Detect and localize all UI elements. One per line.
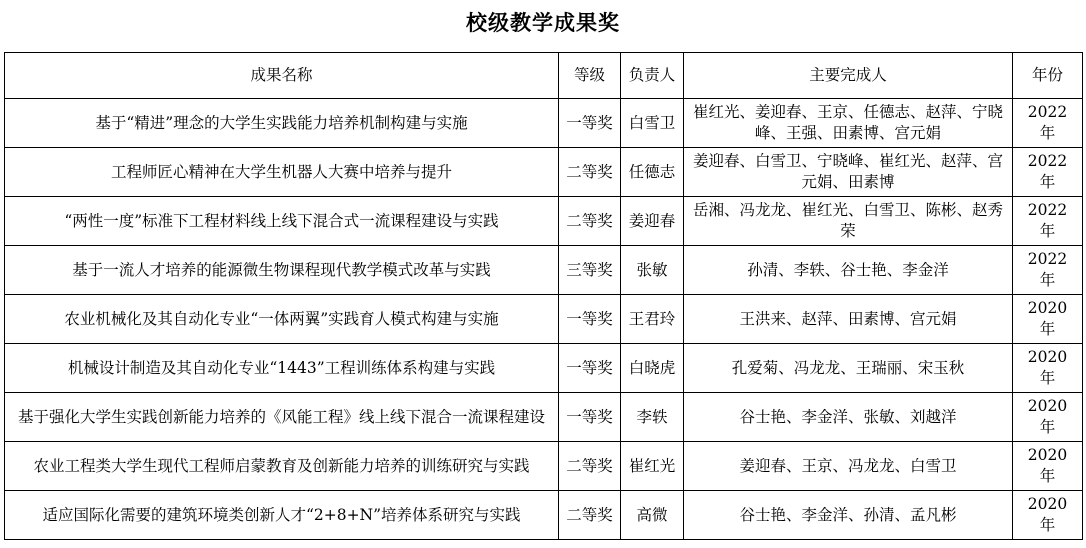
cell-year: 2020 年 bbox=[1013, 295, 1083, 344]
cell-level: 一等奖 bbox=[559, 344, 621, 393]
cell-year: 2022 年 bbox=[1013, 99, 1083, 148]
cell-year: 2022 年 bbox=[1013, 148, 1083, 197]
cell-members: 谷士艳、李金洋、张敏、刘越洋 bbox=[684, 393, 1013, 442]
cell-level: 一等奖 bbox=[559, 295, 621, 344]
table-row: 适应国际化需要的建筑环境类创新人才“2+8+N”培养体系研究与实践二等奖高微谷士… bbox=[5, 491, 1083, 540]
cell-name: 农业工程类大学生现代工程师启蒙教育及创新能力培养的训练研究与实践 bbox=[5, 442, 559, 491]
table-body: 基于“精进”理念的大学生实践能力培养机制构建与实施一等奖白雪卫崔红光、姜迎春、王… bbox=[5, 99, 1083, 540]
cell-name: 适应国际化需要的建筑环境类创新人才“2+8+N”培养体系研究与实践 bbox=[5, 491, 559, 540]
cell-level: 二等奖 bbox=[559, 197, 621, 246]
cell-leader: 王君玲 bbox=[621, 295, 684, 344]
cell-members: 谷士艳、李金洋、孙清、孟凡彬 bbox=[684, 491, 1013, 540]
cell-name: “两性一度”标准下工程材料线上线下混合式一流课程建设与实践 bbox=[5, 197, 559, 246]
table-row: 基于强化大学生实践创新能力培养的《风能工程》线上线下混合一流课程建设一等奖李轶谷… bbox=[5, 393, 1083, 442]
cell-members: 姜迎春、王京、冯龙龙、白雪卫 bbox=[684, 442, 1013, 491]
table-row: “两性一度”标准下工程材料线上线下混合式一流课程建设与实践二等奖姜迎春岳湘、冯龙… bbox=[5, 197, 1083, 246]
cell-level: 二等奖 bbox=[559, 442, 621, 491]
cell-leader: 姜迎春 bbox=[621, 197, 684, 246]
cell-name: 基于强化大学生实践创新能力培养的《风能工程》线上线下混合一流课程建设 bbox=[5, 393, 559, 442]
header-row: 成果名称等级负责人主要完成人年份 bbox=[5, 53, 1083, 99]
table-row: 农业工程类大学生现代工程师启蒙教育及创新能力培养的训练研究与实践二等奖崔红光姜迎… bbox=[5, 442, 1083, 491]
cell-leader: 白雪卫 bbox=[621, 99, 684, 148]
table-row: 基于“精进”理念的大学生实践能力培养机制构建与实施一等奖白雪卫崔红光、姜迎春、王… bbox=[5, 99, 1083, 148]
column-header: 成果名称 bbox=[5, 53, 559, 99]
cell-leader: 任德志 bbox=[621, 148, 684, 197]
cell-year: 2020 年 bbox=[1013, 393, 1083, 442]
cell-name: 工程师匠心精神在大学生机器人大赛中培养与提升 bbox=[5, 148, 559, 197]
table-row: 农业机械化及其自动化专业“一体两翼”实践育人模式构建与实施一等奖王君玲王洪来、赵… bbox=[5, 295, 1083, 344]
table-row: 机械设计制造及其自动化专业“1443”工程训练体系构建与实践一等奖白晓虎孔爱菊、… bbox=[5, 344, 1083, 393]
cell-leader: 白晓虎 bbox=[621, 344, 684, 393]
table-row: 基于一流人才培养的能源微生物课程现代教学模式改革与实践三等奖张敏孙清、李轶、谷士… bbox=[5, 246, 1083, 295]
cell-level: 二等奖 bbox=[559, 491, 621, 540]
cell-members: 王洪来、赵萍、田素博、宫元娟 bbox=[684, 295, 1013, 344]
cell-leader: 崔红光 bbox=[621, 442, 684, 491]
cell-name: 农业机械化及其自动化专业“一体两翼”实践育人模式构建与实施 bbox=[5, 295, 559, 344]
cell-members: 姜迎春、白雪卫、宁晓峰、崔红光、赵萍、宫元娟、田素博 bbox=[684, 148, 1013, 197]
cell-year: 2020 年 bbox=[1013, 442, 1083, 491]
cell-level: 三等奖 bbox=[559, 246, 621, 295]
cell-members: 岳湘、冯龙龙、崔红光、白雪卫、陈彬、赵秀荣 bbox=[684, 197, 1013, 246]
cell-year: 2020 年 bbox=[1013, 344, 1083, 393]
cell-name: 机械设计制造及其自动化专业“1443”工程训练体系构建与实践 bbox=[5, 344, 559, 393]
cell-year: 2022 年 bbox=[1013, 246, 1083, 295]
cell-members: 孔爱菊、冯龙龙、王瑞丽、宋玉秋 bbox=[684, 344, 1013, 393]
cell-members: 崔红光、姜迎春、王京、任德志、赵萍、宁晓峰、王强、田素博、宫元娟 bbox=[684, 99, 1013, 148]
column-header: 年份 bbox=[1013, 53, 1083, 99]
cell-name: 基于“精进”理念的大学生实践能力培养机制构建与实施 bbox=[5, 99, 559, 148]
cell-level: 二等奖 bbox=[559, 148, 621, 197]
page-title: 校级教学成果奖 bbox=[0, 0, 1086, 52]
table-header: 成果名称等级负责人主要完成人年份 bbox=[5, 53, 1083, 99]
cell-leader: 李轶 bbox=[621, 393, 684, 442]
column-header: 等级 bbox=[559, 53, 621, 99]
document-page: 校级教学成果奖 成果名称等级负责人主要完成人年份 基于“精进”理念的大学生实践能… bbox=[0, 0, 1086, 548]
cell-leader: 高微 bbox=[621, 491, 684, 540]
cell-year: 2022 年 bbox=[1013, 197, 1083, 246]
cell-level: 一等奖 bbox=[559, 393, 621, 442]
awards-table: 成果名称等级负责人主要完成人年份 基于“精进”理念的大学生实践能力培养机制构建与… bbox=[4, 52, 1083, 540]
cell-leader: 张敏 bbox=[621, 246, 684, 295]
cell-year: 2020 年 bbox=[1013, 491, 1083, 540]
cell-level: 一等奖 bbox=[559, 99, 621, 148]
table-row: 工程师匠心精神在大学生机器人大赛中培养与提升二等奖任德志姜迎春、白雪卫、宁晓峰、… bbox=[5, 148, 1083, 197]
cell-name: 基于一流人才培养的能源微生物课程现代教学模式改革与实践 bbox=[5, 246, 559, 295]
column-header: 主要完成人 bbox=[684, 53, 1013, 99]
column-header: 负责人 bbox=[621, 53, 684, 99]
cell-members: 孙清、李轶、谷士艳、李金洋 bbox=[684, 246, 1013, 295]
